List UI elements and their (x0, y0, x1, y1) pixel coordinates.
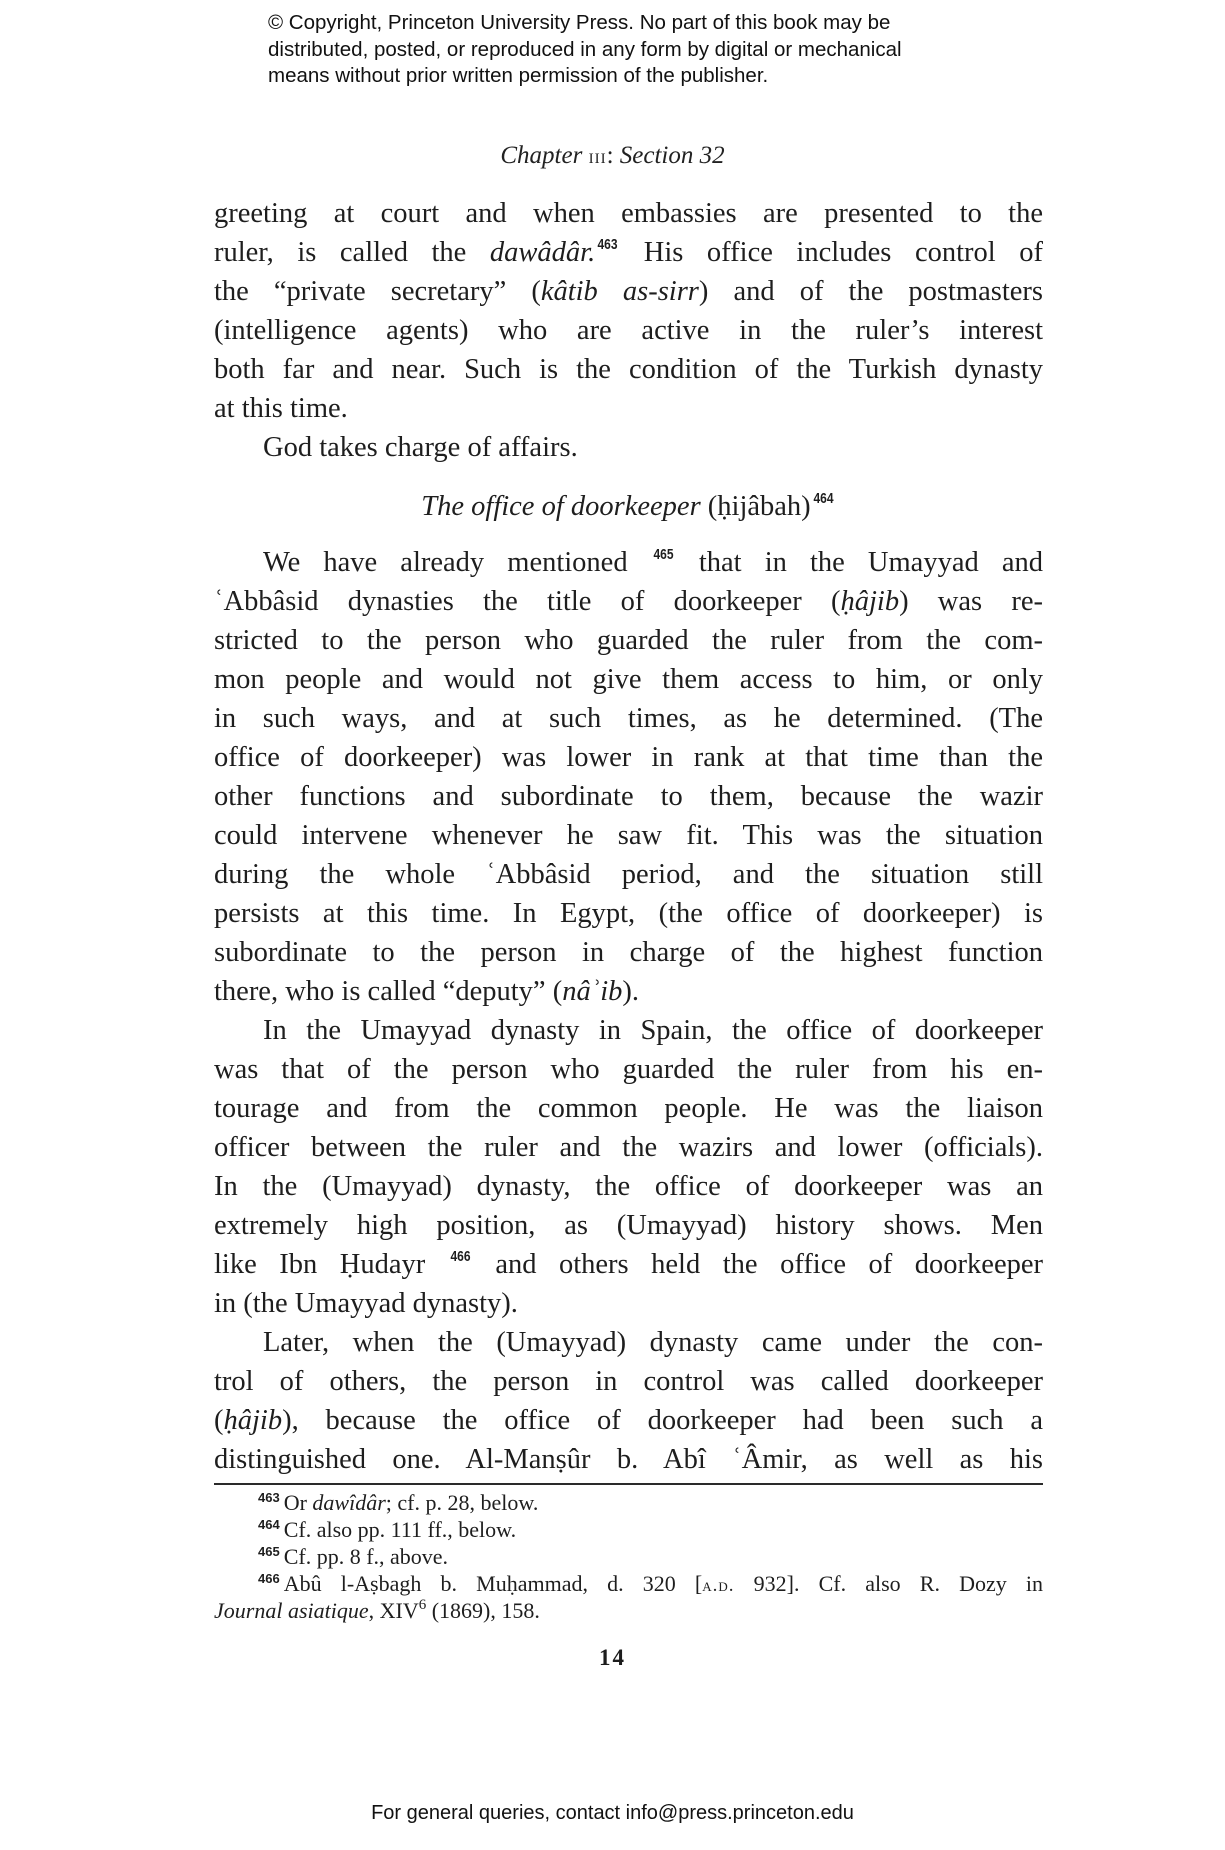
term-dawidar: dawîdâr (312, 1490, 385, 1515)
footnote-number: 466 (258, 1571, 280, 1586)
text-line: (ḥâjib), because the office of doorkeepe… (214, 1401, 1043, 1440)
footnote-number: 465 (258, 1544, 280, 1559)
text-line: the “private secretary” (kâtib as-sirr) … (214, 272, 1043, 311)
copyright-line: distributed, posted, or reproduced in an… (268, 37, 988, 64)
text-line: in such ways, and at such times, as he d… (214, 699, 1043, 738)
text-run: Or (284, 1490, 313, 1515)
copyright-line: means without prior written permission o… (268, 63, 988, 90)
body-text: greeting at court and when embassies are… (214, 194, 1043, 1479)
text-line: distinguished one. Al-Manṣûr b. Abî ʿÂmi… (214, 1440, 1043, 1479)
text-run: ruler, is called the (214, 237, 490, 268)
text-line: God takes charge of affairs. (214, 428, 1043, 467)
footnote-number: 464 (258, 1517, 280, 1532)
chapter-numeral: iii (589, 143, 607, 168)
text-run: ). (622, 976, 639, 1007)
footnote-number: 463 (258, 1490, 280, 1505)
term-hajib: ḥâjib (224, 1405, 283, 1436)
text-line: other functions and subordinate to them,… (214, 777, 1043, 816)
text-run: the “private secretary” ( (214, 276, 541, 307)
text-run: ) was re- (899, 586, 1043, 617)
text-line: at this time. (214, 389, 1043, 428)
text-run: there, who is called “deputy” ( (214, 976, 562, 1007)
text-line: persists at this time. In Egypt, (the of… (214, 894, 1043, 933)
text-line: could intervene whenever he saw fit. Thi… (214, 816, 1043, 855)
footnotes: 463Or dawîdâr; cf. p. 28, below. 464Cf. … (214, 1489, 1043, 1624)
text-run: ( (214, 1405, 224, 1436)
text-line: was that of the person who guarded the r… (214, 1050, 1043, 1089)
section-heading: The office of doorkeeper (ḥijâbah)464 (214, 487, 1043, 526)
text-line: Later, when the (Umayyad) dynasty came u… (214, 1323, 1043, 1362)
footnote-divider (214, 1483, 1043, 1485)
text-run: We have already mentioned (263, 547, 651, 578)
text-line: during the whole ʿAbbâsid period, and th… (214, 855, 1043, 894)
term-dawadar: dawâdâr. (490, 237, 595, 268)
text-run: Cf. pp. 8 f., above. (284, 1544, 448, 1569)
era-abbrev: a.d. (702, 1575, 734, 1596)
text-run: ; cf. p. 28, below. (386, 1490, 539, 1515)
text-line: there, who is called “deputy” (nâʾib). (214, 972, 1043, 1011)
section-heading-term: (ḥijâbah) (701, 491, 811, 522)
running-head-separator: : (607, 142, 614, 169)
journal-title: Journal asiatique (214, 1598, 369, 1623)
text-run: (1869), 158. (426, 1598, 540, 1623)
text-run: like Ibn Ḥudayr (214, 1249, 448, 1280)
text-run: Abû l-Aṣbagh b. Muḥammad, d. 320 [ (284, 1571, 703, 1596)
text-run: ), because the office of doorkeeper had … (282, 1405, 1043, 1436)
text-run: that in the Umayyad and (676, 547, 1043, 578)
text-line: both far and near. Such is the condition… (214, 350, 1043, 389)
text-line: We have already mentioned 465 that in th… (214, 543, 1043, 582)
text-run: , XIV (369, 1598, 419, 1623)
text-line: in (the Umayyad dynasty). (214, 1284, 1043, 1323)
text-run: and others held the office of doorkeeper (473, 1249, 1043, 1280)
paragraph: We have already mentioned 465 that in th… (214, 543, 1043, 1011)
text-line: greeting at court and when embassies are… (214, 194, 1043, 233)
section-label: Section 32 (620, 142, 725, 169)
term-katib-as-sirr: kâtib as-sirr (541, 276, 699, 307)
footnote-466: 466Abû l-Aṣbagh b. Muḥammad, d. 320 [a.d… (214, 1570, 1043, 1597)
paragraph: Later, when the (Umayyad) dynasty came u… (214, 1323, 1043, 1479)
paragraph: God takes charge of affairs. (214, 428, 1043, 467)
text-run: ) and of the postmasters (699, 276, 1043, 307)
text-line: office of doorkeeper) was lower in rank … (214, 738, 1043, 777)
footnote-466-continued: Journal asiatique, XIV6 (1869), 158. (214, 1597, 1043, 1624)
text-line: subordinate to the person in charge of t… (214, 933, 1043, 972)
series-superscript: 6 (419, 1597, 427, 1613)
chapter-label: Chapter (500, 142, 582, 169)
term-hajib: ḥâjib (840, 586, 899, 617)
text-line: ruler, is called the dawâdâr.463 His off… (214, 233, 1043, 272)
footer-contact: For general queries, contact info@press.… (0, 1800, 1225, 1826)
term-naib: nâʾib (562, 976, 622, 1007)
text-run: Cf. also pp. 111 ff., below. (284, 1517, 516, 1542)
text-line: In the Umayyad dynasty in Spain, the off… (214, 1011, 1043, 1050)
text-line: stricted to the person who guarded the r… (214, 621, 1043, 660)
text-line: like Ibn Ḥudayr 466 and others held the … (214, 1245, 1043, 1284)
text-line: mon people and would not give them acces… (214, 660, 1043, 699)
section-heading-title: The office of doorkeeper (421, 491, 700, 522)
copyright-line: © Copyright, Princeton University Press.… (268, 10, 988, 37)
text-line: trol of others, the person in control wa… (214, 1362, 1043, 1401)
paragraph: In the Umayyad dynasty in Spain, the off… (214, 1011, 1043, 1323)
text-line: ʿAbbâsid dynasties the title of doorkeep… (214, 582, 1043, 621)
text-line: extremely high position, as (Umayyad) hi… (214, 1206, 1043, 1245)
text-line: (intelligence agents) who are active in … (214, 311, 1043, 350)
text-run: 932]. Cf. also R. Dozy in (734, 1571, 1043, 1596)
copyright-notice: © Copyright, Princeton University Press.… (268, 10, 988, 90)
text-line: In the (Umayyad) dynasty, the office of … (214, 1167, 1043, 1206)
text-line: officer between the ruler and the wazirs… (214, 1128, 1043, 1167)
text-run: His office includes control of (620, 237, 1043, 268)
running-head: Chapter iii: Section 32 (0, 141, 1225, 171)
text-line: tourage and from the common people. He w… (214, 1089, 1043, 1128)
paragraph: greeting at court and when embassies are… (214, 194, 1043, 428)
page-number: 14 (0, 1644, 1225, 1672)
footnote-465: 465Cf. pp. 8 f., above. (214, 1543, 1043, 1570)
text-run: ʿAbbâsid dynasties the title of doorkeep… (214, 586, 840, 617)
footnote-464: 464Cf. also pp. 111 ff., below. (214, 1516, 1043, 1543)
footnote-463: 463Or dawîdâr; cf. p. 28, below. (214, 1489, 1043, 1516)
